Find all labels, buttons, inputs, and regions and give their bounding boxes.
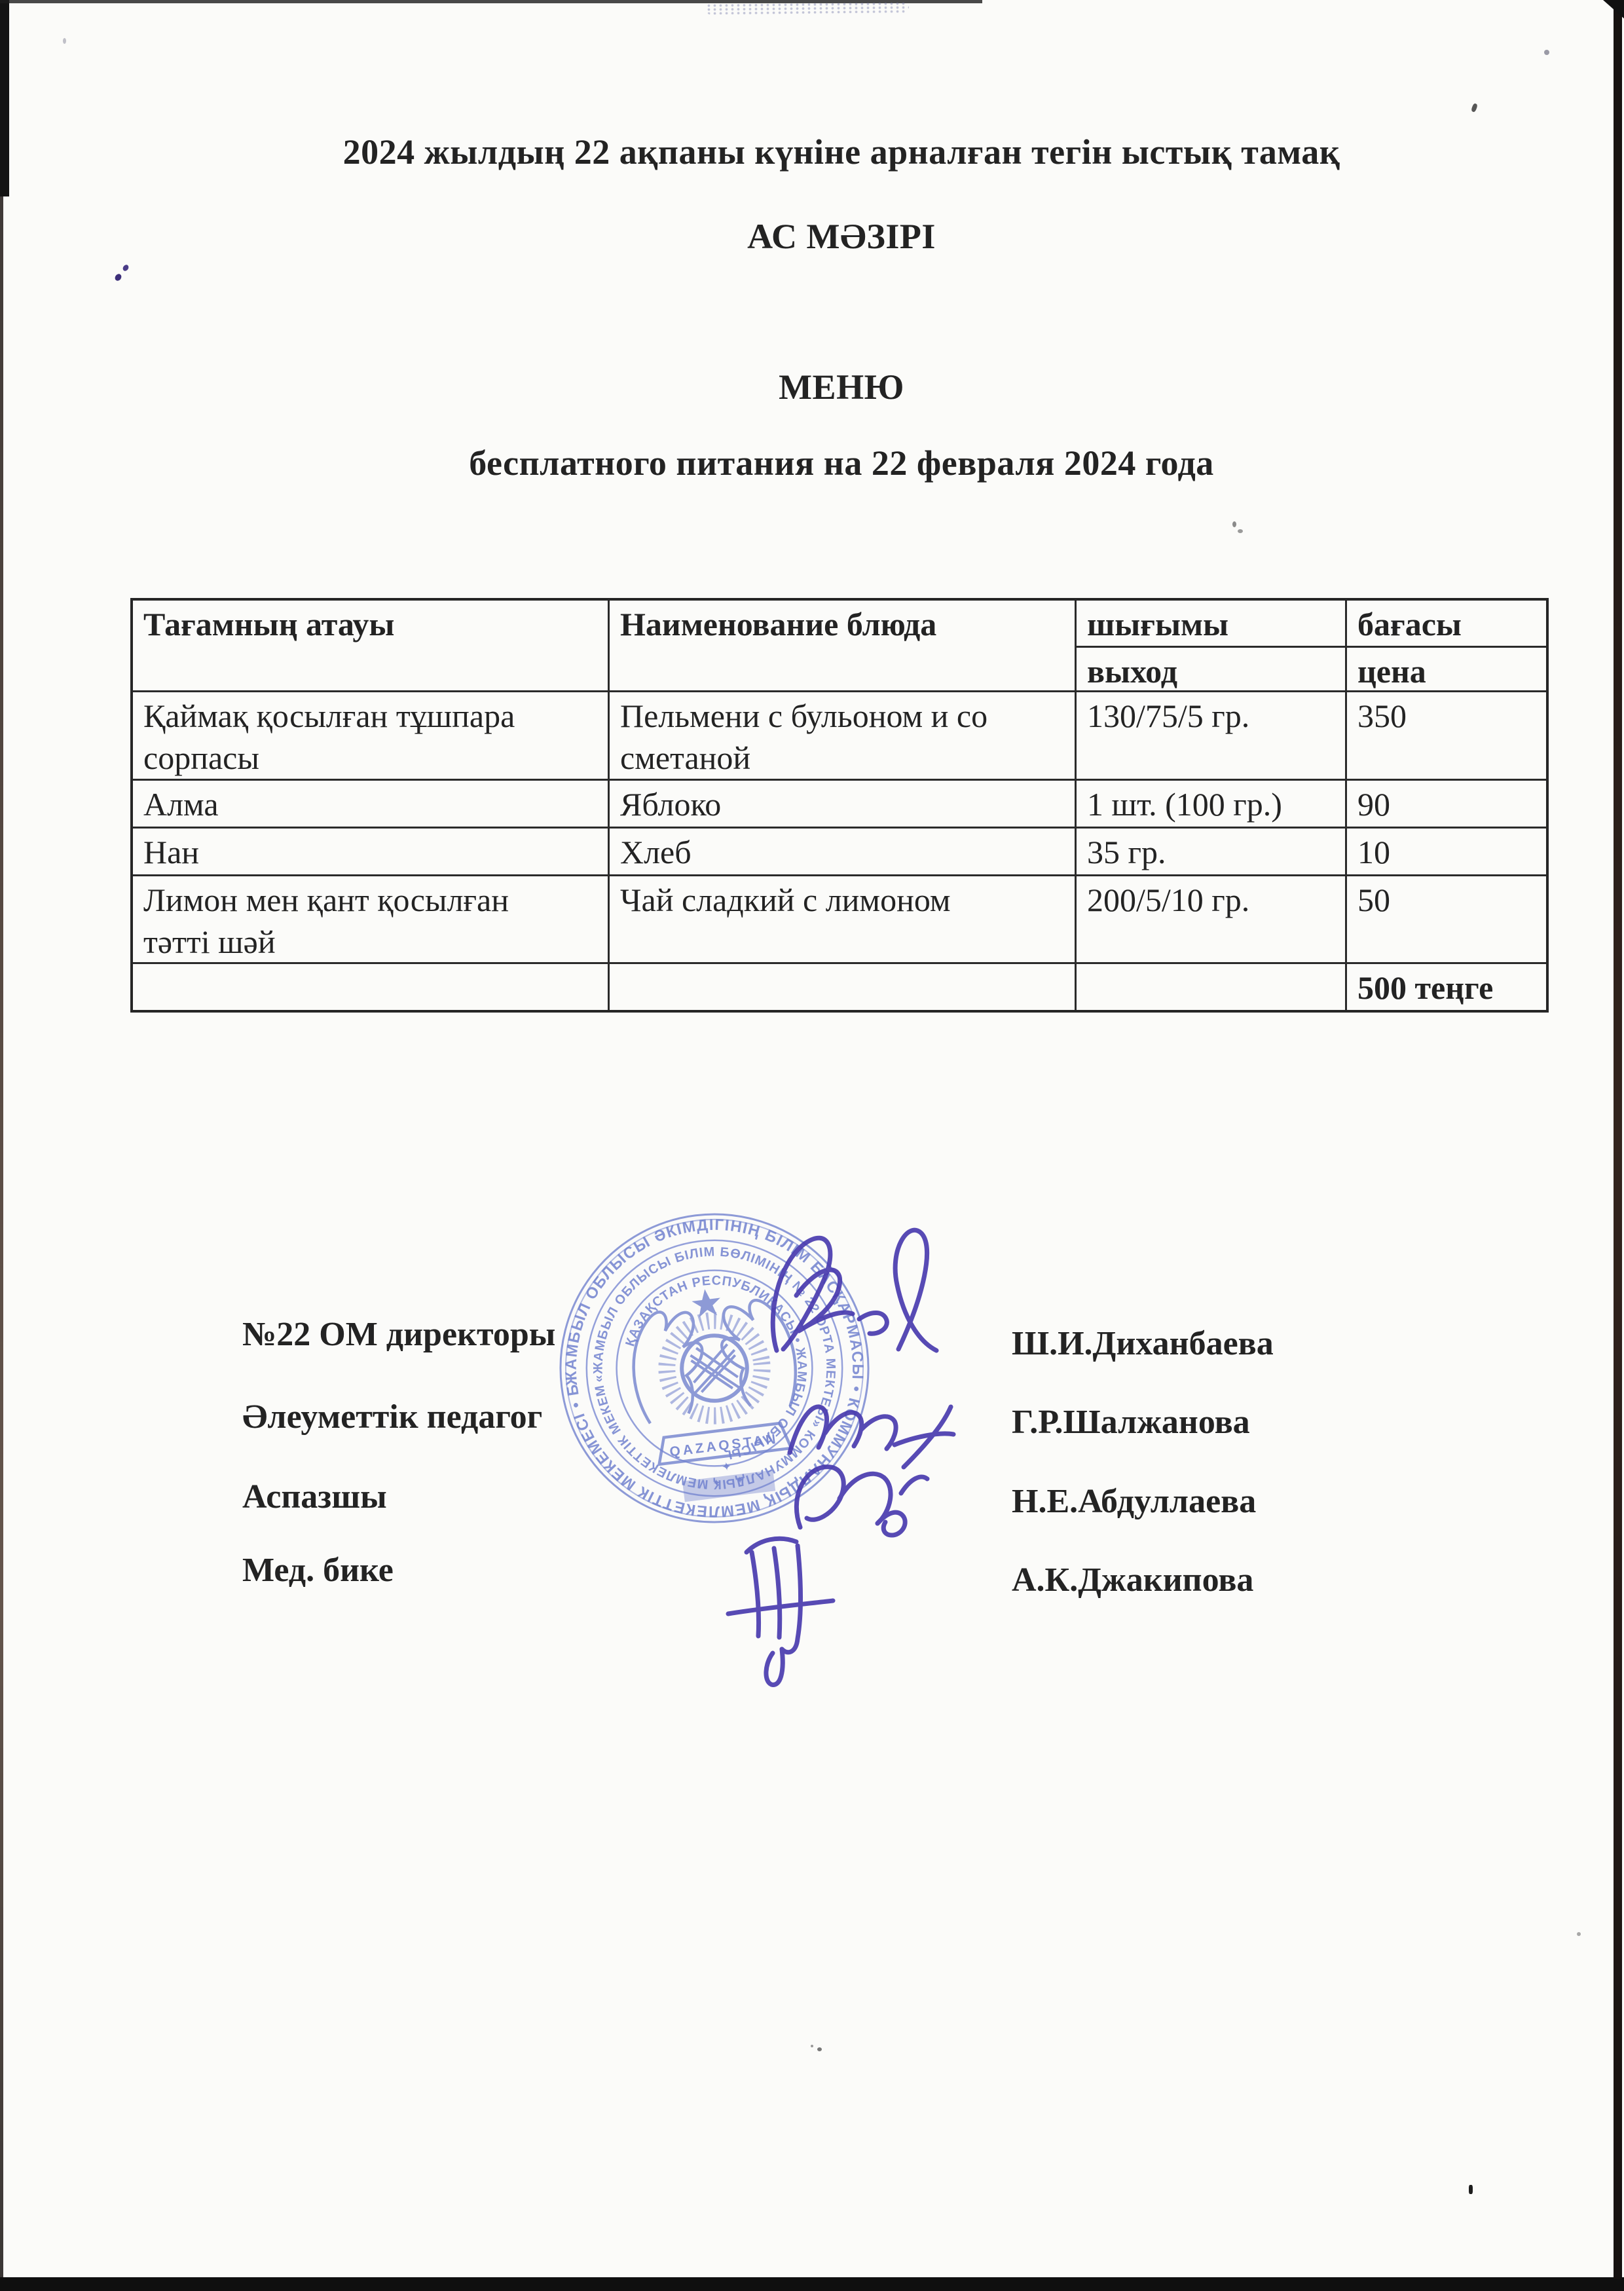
document-title-kazakh: 2024 жылдың 22 ақпаны күніне арналған те… [59, 132, 1624, 172]
scan-edge-right [1614, 0, 1622, 2279]
table-cell-empty [1077, 964, 1347, 1010]
dust-speck [817, 2047, 822, 2051]
dust-speck [63, 38, 66, 44]
table-cell-dish-ru: Хлеб [610, 829, 1077, 876]
table-cell-dish-kk: Лимон мен қант қосылған тәтті шәй [133, 876, 610, 964]
table-cell-price: 50 [1347, 876, 1546, 964]
social-pedagogue-signature [790, 1407, 953, 1467]
document-subtitle-kazakh: АС МӘЗІРІ [59, 216, 1624, 257]
table-cell-portion: 1 шт. (100 гр.) [1077, 781, 1347, 829]
table-cell-price: 90 [1347, 781, 1546, 829]
scan-edge-bottom [0, 2277, 1624, 2291]
table-cell-dish-kk: Қаймақ қосылған тұшпара сорпасы [133, 692, 610, 781]
signature-role-social-pedagogue: Әлеуметтік педагог [242, 1398, 542, 1436]
cook-signature [796, 1467, 927, 1535]
header-dish-name-ru: Наименование блюда [610, 601, 1077, 692]
document-subtitle-russian: бесплатного питания на 22 февраля 2024 г… [59, 443, 1624, 483]
menu-table: Тағамның атауы Наименование блюда шығымы… [130, 598, 1549, 1013]
nurse-signature [728, 1538, 833, 1685]
table-cell-dish-ru: Яблоко [610, 781, 1077, 829]
table-cell-portion: 35 гр. [1077, 829, 1347, 876]
table-cell-price: 10 [1347, 829, 1546, 876]
signature-role-nurse: Мед. бике [242, 1551, 394, 1590]
ink-speck [114, 272, 123, 282]
document-title-russian: МЕНЮ [59, 367, 1624, 407]
scan-edge-left [0, 0, 3, 2291]
dust-speck [811, 2045, 813, 2047]
scan-corner-wedge [1603, 0, 1624, 20]
signature-role-cook: Аспазшы [242, 1478, 387, 1516]
header-output-ru: выход [1077, 648, 1347, 692]
dust-speck [1577, 1932, 1581, 1936]
scan-speckle-band [706, 1, 909, 14]
header-price-ru: цена [1347, 648, 1546, 692]
table-cell-price: 350 [1347, 692, 1546, 781]
header-price-kk: бағасы [1347, 601, 1546, 648]
table-cell-total-price: 500 теңге [1347, 964, 1546, 1010]
table-cell-dish-kk: Алма [133, 781, 610, 829]
dust-speck [1238, 529, 1243, 533]
scan-edge-left-top [0, 0, 9, 196]
scanned-menu-document: 2024 жылдың 22 ақпаны күніне арналған те… [0, 0, 1624, 2291]
dust-speck [1232, 521, 1236, 527]
signature-role-director: №22 ОМ директоры [242, 1315, 555, 1354]
table-cell-portion: 130/75/5 гр. [1077, 692, 1347, 781]
handwritten-signatures [668, 1185, 1061, 1723]
header-output-kk: шығымы [1077, 601, 1347, 648]
table-cell-empty [610, 964, 1077, 1010]
dust-speck [1469, 2185, 1473, 2194]
dust-speck [1471, 103, 1478, 113]
table-cell-empty [133, 964, 610, 1010]
table-cell-dish-ru: Пельмени с бульоном и со сметаной [610, 692, 1077, 781]
ink-speck [122, 264, 130, 272]
table-cell-portion: 200/5/10 гр. [1077, 876, 1347, 964]
table-cell-dish-kk: Нан [133, 829, 610, 876]
director-signature [773, 1230, 936, 1350]
dust-speck [1544, 50, 1549, 55]
table-cell-dish-ru: Чай сладкий с лимоном [610, 876, 1077, 964]
header-dish-name-kk: Тағамның атауы [133, 601, 610, 692]
